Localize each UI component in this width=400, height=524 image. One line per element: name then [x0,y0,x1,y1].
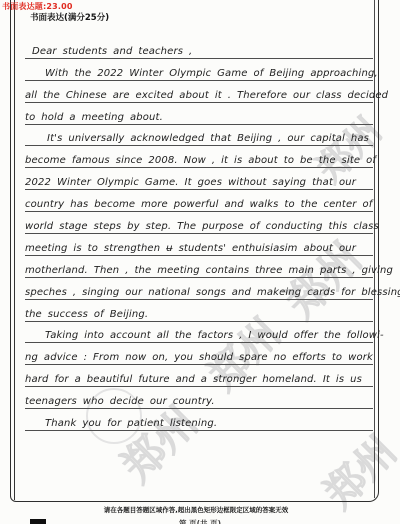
essay-line: ng advice : From now on, you should spar… [25,343,373,365]
essay-line-text: teenagers who decide our country. [25,396,215,407]
essay-line-text: ng advice : From now on, you should spar… [25,352,373,363]
essay-line: It's universally acknowledged that Beiji… [25,125,373,147]
essay-line-text: to hold a meeting about. [25,112,163,123]
essay-line: country has become more powerful and wal… [25,190,373,212]
essay-line: become famous since 2008. Now , it is ab… [25,146,373,168]
essay-line: world stage steps by step. The purpose o… [25,212,373,234]
essay-lines: Dear students and teachers ,With the 202… [25,37,373,431]
footer-notice: 请在各题目答题区域作答,超出黑色矩形边框限定区域的答案无效 [12,505,380,514]
essay-line: Dear students and teachers , [25,37,373,59]
essay-line: With the 2022 Winter Olympic Game of Bei… [25,59,373,81]
essay-line-text: Dear students and teachers , [32,46,192,57]
essay-line-text: meeting is to strengthen u̶ students' en… [25,243,356,254]
essay-line-text: 2022 Winter Olympic Game. It goes withou… [25,177,356,188]
essay-line: teenagers who decide our country. [25,387,373,409]
essay-line-text: Taking into account all the factors , I … [45,330,384,341]
section-title: 书面表达(满分25分) [30,11,109,23]
essay-line: motherland. Then , the meeting contains … [25,256,373,278]
essay-line: Taking into account all the factors , I … [25,322,373,344]
essay-line-text: all the Chinese are excited about it . T… [25,90,388,101]
essay-line-text: the success of Beijing. [25,309,148,320]
essay-line: hard for a beautiful future and a strong… [25,365,373,387]
essay-line-text: motherland. Then , the meeting contains … [25,265,393,276]
essay-line: Thank you for patient listening. [25,409,373,431]
frame-inner-left-line [14,0,15,500]
essay-line-text: With the 2022 Winter Olympic Game of Bei… [45,68,378,79]
score-annotation: 书面表达题:23.00 [2,1,73,12]
alignment-mark [30,519,46,524]
essay-line-text: It's universally acknowledged that Beiji… [47,133,369,144]
essay-line-text: speches , singing our national songs and… [25,287,400,298]
essay-line: meeting is to strengthen u̶ students' en… [25,234,373,256]
essay-line-text: Thank you for patient listening. [45,418,217,429]
essay-line: speches , singing our national songs and… [25,278,373,300]
essay-line-text: become famous since 2008. Now , it is ab… [25,155,376,166]
page-number-line: 第 页(共 页) [0,518,400,524]
essay-line-text: world stage steps by step. The purpose o… [25,221,379,232]
essay-line: the success of Beijing. [25,300,373,322]
essay-line: to hold a meeting about. [25,103,373,125]
essay-line: 2022 Winter Olympic Game. It goes withou… [25,168,373,190]
essay-line: all the Chinese are excited about it . T… [25,81,373,103]
essay-line-text: hard for a beautiful future and a strong… [25,374,362,385]
essay-line-text: country has become more powerful and wal… [25,199,372,210]
